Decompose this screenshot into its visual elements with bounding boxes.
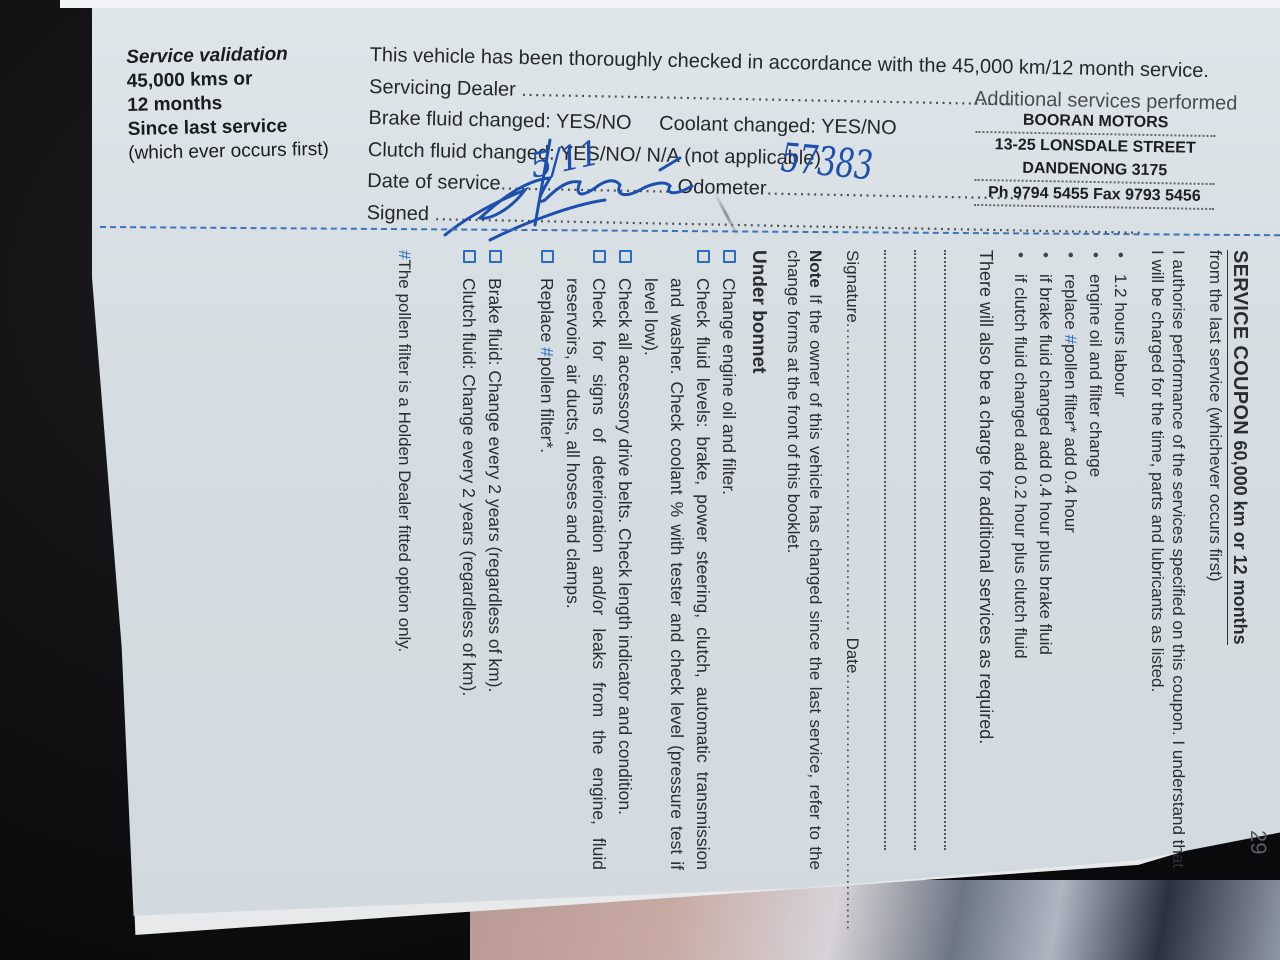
dealer-phone: Ph 9794 5455 Fax 9793 5456 xyxy=(974,181,1214,210)
checklist-item-text: pollen filter*. xyxy=(537,357,557,453)
checklist-item: Check fluid levels: brake, power steerin… xyxy=(638,250,716,870)
checkbox[interactable] xyxy=(619,250,632,263)
under-bonnet-heading: Under bonnet xyxy=(746,250,770,870)
checkbox[interactable] xyxy=(463,250,476,263)
checklist-item-text: Check for signs of deterioration and/or … xyxy=(563,278,609,870)
checkbox[interactable] xyxy=(593,250,606,263)
labour-item-text: 1.2 hours labour xyxy=(1111,274,1130,397)
checklist-item: Brake fluid: Change every 2 years (regar… xyxy=(482,250,508,870)
checklist-item-text: Check all accessory drive belts. Check l… xyxy=(615,278,635,815)
footnote-text: The pollen filter is a Holden Dealer fit… xyxy=(395,259,414,652)
labour-item-text: engine oil and filter change xyxy=(1086,274,1105,477)
coupon-subtitle: from the last service (whichever occurs … xyxy=(1203,250,1227,870)
date-field[interactable]: ........................................… xyxy=(843,673,862,931)
date-label: Date xyxy=(843,638,862,674)
checklist-item-text: Change engine oil and filter. xyxy=(719,278,739,495)
owner-change-note: Note If the owner of this vehicle has ch… xyxy=(782,250,826,870)
list-item: if clutch fluid changed add 0.2 hour plu… xyxy=(1008,250,1033,870)
checklist-item: Replace #pollen filter*. xyxy=(534,250,560,870)
signature-label: Signature xyxy=(843,250,862,323)
checklist-item: Change engine oil and filter. xyxy=(716,250,742,870)
additional-services-line-1[interactable] xyxy=(944,250,974,850)
checklist-item-text: Clutch fluid: Change every 2 years (rega… xyxy=(459,278,479,696)
dealer-street: 13-25 LONSDALE STREET xyxy=(975,133,1215,160)
checkbox[interactable] xyxy=(541,250,554,263)
additional-services-line-3[interactable] xyxy=(884,250,914,850)
checkbox[interactable] xyxy=(697,250,710,263)
additional-services-line-2[interactable] xyxy=(914,250,944,850)
pollen-filter-footnote: #The pollen filter is a Holden Dealer fi… xyxy=(392,250,416,870)
validation-condition: (which ever occurs first) xyxy=(128,137,358,166)
labour-item-text: pollen filter* add 0.4 hour xyxy=(1061,344,1080,533)
dealer-stamp: BOORAN MOTORS 13-25 LONSDALE STREET DAND… xyxy=(974,108,1216,210)
checklist-item-prefix: Replace xyxy=(537,278,557,347)
additional-charge-note: There will also be a charge for addition… xyxy=(974,250,998,870)
list-item: if brake fluid changed add 0.4 hour plus… xyxy=(1033,250,1058,870)
checklist-item: Check all accessory drive belts. Check l… xyxy=(612,250,638,870)
note-text: If the owner of this vehicle has changed… xyxy=(784,250,825,870)
list-item: 1.2 hours labour xyxy=(1108,250,1133,870)
page-number: 29 xyxy=(1246,830,1270,854)
checkbox[interactable] xyxy=(489,250,502,263)
service-coupon: 29 SERVICE COUPON 60,000 km or 12 months… xyxy=(132,250,1252,870)
list-item: replace #pollen filter* add 0.4 hour xyxy=(1058,250,1083,870)
checklist-item: Check for signs of deterioration and/or … xyxy=(560,250,612,870)
labour-list: 1.2 hours labour engine oil and filter c… xyxy=(1008,250,1133,870)
coupon-title-main: SERVICE COUPON xyxy=(1229,250,1251,435)
under-bonnet-checklist: Change engine oil and filter. Check flui… xyxy=(456,250,742,870)
signed-label: Signed xyxy=(366,201,429,224)
coupon-title: SERVICE COUPON 60,000 km or 12 months xyxy=(1227,250,1252,645)
handwritten-odometer: 57383 xyxy=(780,135,874,189)
signature-date-row: Signature...............................… xyxy=(840,250,864,870)
labour-item-text: if brake fluid changed add 0.4 hour plus… xyxy=(1036,274,1055,655)
note-label: Note xyxy=(806,250,825,288)
servicing-dealer-label: Servicing Dealer xyxy=(369,75,516,100)
checklist-item-text: Check fluid levels: brake, power steerin… xyxy=(641,278,713,870)
list-item: engine oil and filter change xyxy=(1083,250,1108,870)
signature-field[interactable]: ........................................… xyxy=(843,323,862,638)
service-validation-label: Service validation 45,000 kms or 12 mont… xyxy=(126,41,358,166)
checklist-item-text: Brake fluid: Change every 2 years (regar… xyxy=(485,278,505,692)
servicing-dealer-field[interactable]: ........................................… xyxy=(521,78,1013,109)
labour-item-prefix: replace xyxy=(1061,274,1080,334)
authorisation-text: I authorise performance of the services … xyxy=(1147,250,1189,870)
labour-item-text: if clutch fluid changed add 0.2 hour plu… xyxy=(1011,274,1030,659)
service-validation-section: Service validation 45,000 kms or 12 mont… xyxy=(0,0,1280,240)
checklist-item: Clutch fluid: Change every 2 years (rega… xyxy=(456,250,482,870)
coupon-title-interval: 60,000 km or 12 months xyxy=(1230,441,1250,645)
checkbox[interactable] xyxy=(723,250,736,263)
hash-marker: # xyxy=(1061,334,1080,343)
hash-marker: # xyxy=(537,347,557,357)
